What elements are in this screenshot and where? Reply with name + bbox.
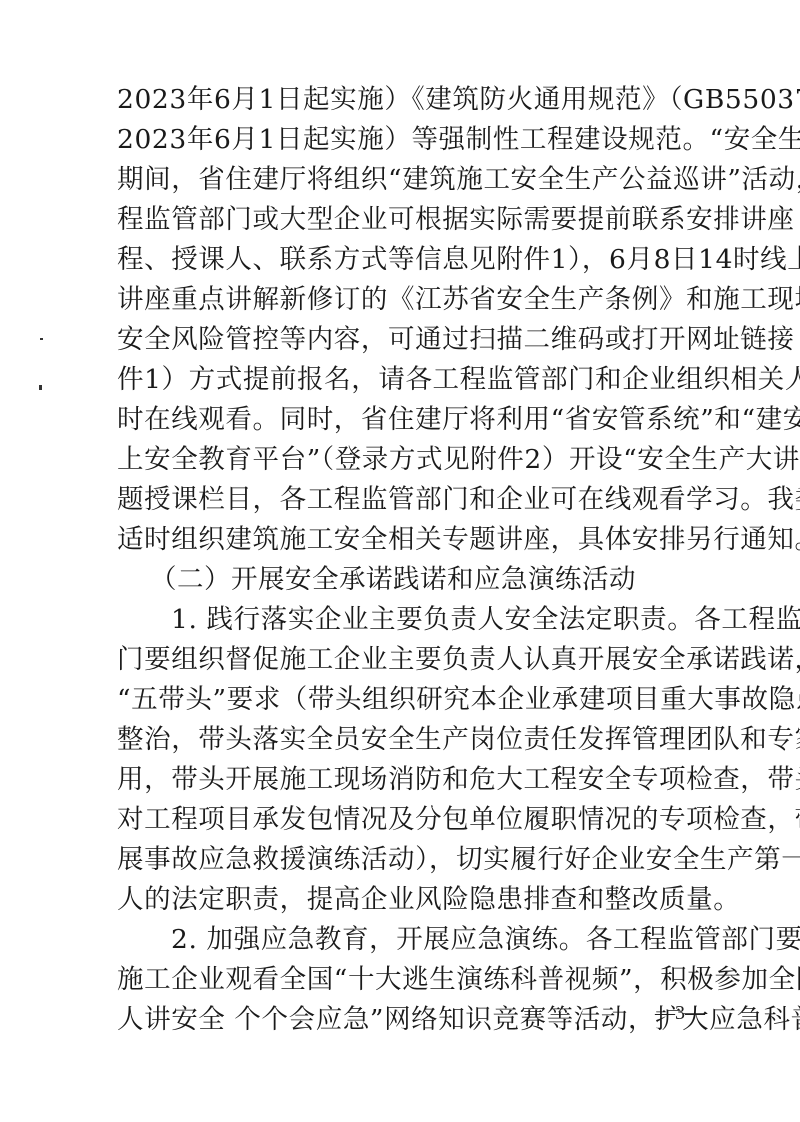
text-line-4: 程监管部门或大型企业可根据实际需要提前联系安排讲座（课	[117, 200, 685, 240]
text-line-21: 人的法定职责，提高企业风险隐患排查和整改质量。	[117, 880, 685, 920]
document-page: 2023年6月1日起实施）《建筑防火通用规范》（GB55037-2022， 20…	[0, 0, 800, 1122]
margin-mark-icon	[39, 385, 42, 390]
text-line-3: 期间，省住建厅将组织“建筑施工安全生产公益巡讲”活动，各工	[117, 160, 685, 200]
text-line-10: 上安全教育平台”（登录方式见附件2）开设“安全生产大讲堂”专	[117, 440, 685, 480]
text-line-2: 2023年6月1日起实施）等强制性工程建设规范。“安全生产月”	[117, 120, 685, 160]
text-line-18: 用，带头开展施工现场消防和危大工程安全专项检查，带头组织	[117, 760, 685, 800]
text-line-14: 1. 践行落实企业主要负责人安全法定职责。各工程监管部	[171, 600, 685, 640]
text-line-1: 2023年6月1日起实施）《建筑防火通用规范》（GB55037-2022，	[117, 80, 685, 120]
text-line-12: 适时组织建筑施工安全相关专题讲座，具体安排另行通知。	[117, 520, 685, 560]
text-line-7: 安全风险管控等内容，可通过扫描二维码或打开网址链接（见附	[117, 320, 685, 360]
section-heading: （二）开展安全承诺践诺和应急演练活动	[150, 560, 685, 600]
text-line-15: 门要组织督促施工企业主要负责人认真开展安全承诺践诺，落实	[117, 640, 685, 680]
text-line-17: 整治，带头落实全员安全生产岗位责任发挥管理团队和专家作	[117, 720, 685, 760]
text-line-20: 展事故应急救援演练活动），切实履行好企业安全生产第一责任	[117, 840, 685, 880]
page-number: —3—	[655, 1002, 705, 1025]
text-line-5: 程、授课人、联系方式等信息见附件1），6月8日14时线上公益	[117, 240, 685, 280]
margin-mark-icon	[40, 338, 43, 340]
text-line-11: 题授课栏目，各工程监管部门和企业可在线观看学习。我委也将	[117, 480, 685, 520]
text-line-22: 2. 加强应急教育，开展应急演练。各工程监管部门要组织	[171, 920, 685, 960]
text-line-8: 件1）方式提前报名，请各工程监管部门和企业组织相关人员准	[117, 360, 685, 400]
text-line-16: “五带头”要求（带头组织研究本企业承建项目重大事故隐患排查	[117, 680, 685, 720]
text-line-23: 施工企业观看全国“十大逃生演练科普视频”，积极参加全国“人	[117, 960, 685, 1000]
text-line-9: 时在线观看。同时，省住建厅将利用“省安管系统”和“建安码线	[117, 400, 685, 440]
text-line-19: 对工程项目承发包情况及分包单位履职情况的专项检查，带头开	[117, 800, 685, 840]
text-line-24: 人讲安全 个个会应急”网络知识竞赛等活动，扩大应急科普人群	[117, 1000, 685, 1040]
text-line-6: 讲座重点讲解新修订的《江苏省安全生产条例》和施工现场消防	[117, 280, 685, 320]
